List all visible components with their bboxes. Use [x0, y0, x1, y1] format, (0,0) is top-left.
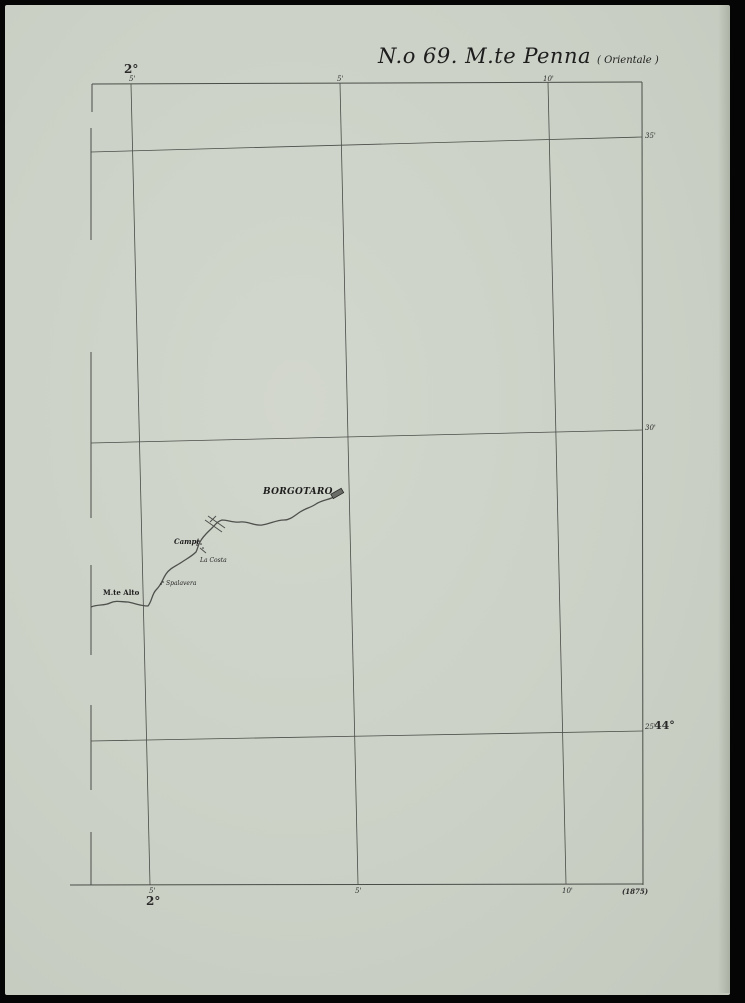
bottom-10min-label: 10' [562, 887, 573, 895]
parallel-30min [91, 430, 642, 443]
place-mt-alto: M.te Alto [103, 588, 139, 597]
top-10min-label: 10' [543, 75, 554, 83]
bottom-degree-label: 2° [146, 894, 160, 908]
bridge-icon [200, 516, 225, 553]
right-44deg-label: 44° [654, 719, 675, 732]
parallel-35min [91, 137, 642, 152]
sheet-title: N.o 69. M.te Penna [378, 44, 591, 68]
year-label: (1875) [622, 887, 648, 896]
place-la-costa: La Costa [200, 557, 227, 564]
top-degree-label: 2° [124, 62, 138, 76]
frame-top-line [92, 82, 642, 84]
place-campi: Campi [174, 537, 199, 546]
meridian-2deg [131, 84, 150, 885]
parallel-25min [91, 731, 643, 741]
map-title: N.o 69. M.te Penna( Orientale ) [378, 44, 659, 68]
sheet-subtitle: ( Orientale ) [597, 55, 659, 66]
meridian-5min [340, 83, 358, 884]
top-5min-label: 5' [337, 75, 343, 83]
bottom-5min-label: 5' [355, 887, 361, 895]
place-borgotaro: BORGOTARO [263, 487, 333, 497]
frame-bottom-line [70, 884, 643, 885]
top-minute-left-label: 5' [129, 75, 135, 83]
place-spalavera: Spalavera [166, 580, 196, 587]
right-35min-label: 35' [645, 132, 656, 140]
right-30min-label: 30' [645, 424, 656, 432]
frame-right-line [642, 82, 643, 885]
meridian-10min [548, 82, 566, 884]
map-grid [0, 0, 745, 1003]
